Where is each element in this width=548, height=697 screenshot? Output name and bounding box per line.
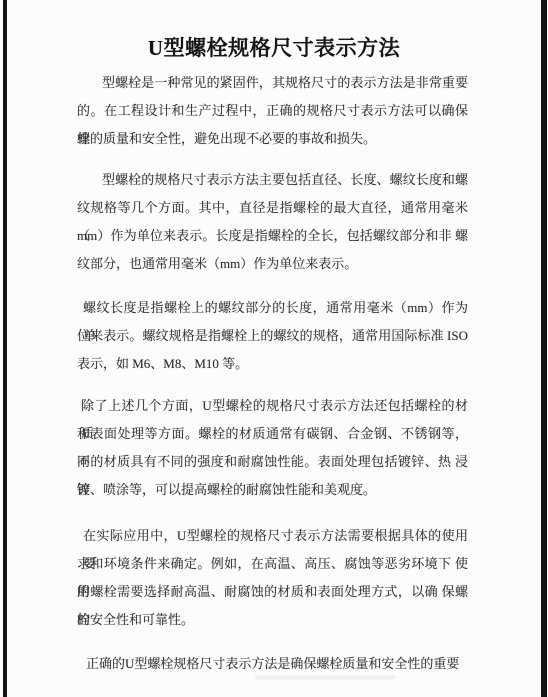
text-line: 螺纹长度是指螺栓上的螺纹部分的长度，通常用毫米（mm）作为 单: [77, 294, 468, 322]
text-line: 正确的U型螺栓规格尺寸表示方法是确保螺栓质量和安全性的重要: [77, 650, 468, 678]
text-line: 和表面处理等方面。螺栓的材质通常有碳钢、合金钢、不锈钢等， 不: [77, 420, 468, 448]
text-line: 表示，如 M6、M8、M10 等。: [77, 350, 468, 378]
text-line: 纹部分，也通常用毫米（mm）作为单位来表示。: [77, 250, 468, 278]
text-line: 的安全性和可靠性。: [77, 606, 468, 634]
text-line: 的螺栓需要选择耐高温、耐腐蚀的材质和表面处理方式，以确 保螺栓: [77, 578, 468, 606]
document-page: U型螺栓规格尺寸表示方法 型螺栓是一种常见的紧固件，其规格尺寸的表示方法是非常重…: [0, 0, 548, 697]
text-line: 除了上述几个方面，U型螺栓的规格尺寸表示方法还包括螺栓的材 质: [77, 392, 468, 420]
right-scan-edge-band: [541, 0, 547, 697]
paragraph: 型螺栓的规格尺寸表示方法主要包括直径、长度、螺纹长度和螺 纹规格等几个方面。其中…: [77, 166, 468, 278]
text-line: mm）作为单位来表示。长度是指螺栓的全长，包括螺纹部分和非 螺: [77, 222, 468, 250]
text-line: 纹规格等几个方面。其中，直径是指螺栓的最大直径，通常用毫米 （: [77, 194, 468, 222]
paragraph: 除了上述几个方面，U型螺栓的规格尺寸表示方法还包括螺栓的材 质 和表面处理等方面…: [77, 392, 468, 504]
text-line: 型螺栓是一种常见的紧固件，其规格尺寸的表示方法是非常重要: [77, 69, 468, 97]
left-scan-edge-band: [3, 0, 7, 697]
paragraph: 型螺栓是一种常见的紧固件，其规格尺寸的表示方法是非常重要 的。在工程设计和生产过…: [77, 69, 468, 153]
cut-off-next-line-artifact: [255, 676, 395, 679]
text-line: 在实际应用中，U型螺栓的规格尺寸表示方法需要根据具体的使用 要: [77, 522, 468, 550]
text-line: 求和环境条件来确定。例如，在高温、高压、腐蚀等恶劣环境下 使用: [77, 550, 468, 578]
text-line: 型螺栓的规格尺寸表示方法主要包括直径、长度、螺纹长度和螺: [77, 166, 468, 194]
paragraph: 在实际应用中，U型螺栓的规格尺寸表示方法需要根据具体的使用 要 求和环境条件来确…: [77, 522, 468, 634]
paragraph: 螺纹长度是指螺栓上的螺纹部分的长度，通常用毫米（mm）作为 单 位来表示。螺纹规…: [77, 294, 468, 378]
text-line: 的。在工程设计和生产过程中，正确的规格尺寸表示方法可以确保 螺: [77, 97, 468, 125]
paragraph: 正确的U型螺栓规格尺寸表示方法是确保螺栓质量和安全性的重要: [77, 650, 468, 678]
text-line: 栓的质量和安全性，避免出现不必要的事故和损失。: [77, 125, 468, 153]
text-line: 同的材质具有不同的强度和耐腐蚀性能。表面处理包括镀锌、热 浸镀: [77, 448, 468, 476]
text-line: 位来表示。螺纹规格是指螺栓上的螺纹的规格，通常用国际标准 ISO: [77, 322, 468, 350]
document-title: U型螺栓规格尺寸表示方法: [0, 33, 548, 63]
text-line: 锌、喷涂等，可以提高螺栓的耐腐蚀性能和美观度。: [77, 476, 468, 504]
